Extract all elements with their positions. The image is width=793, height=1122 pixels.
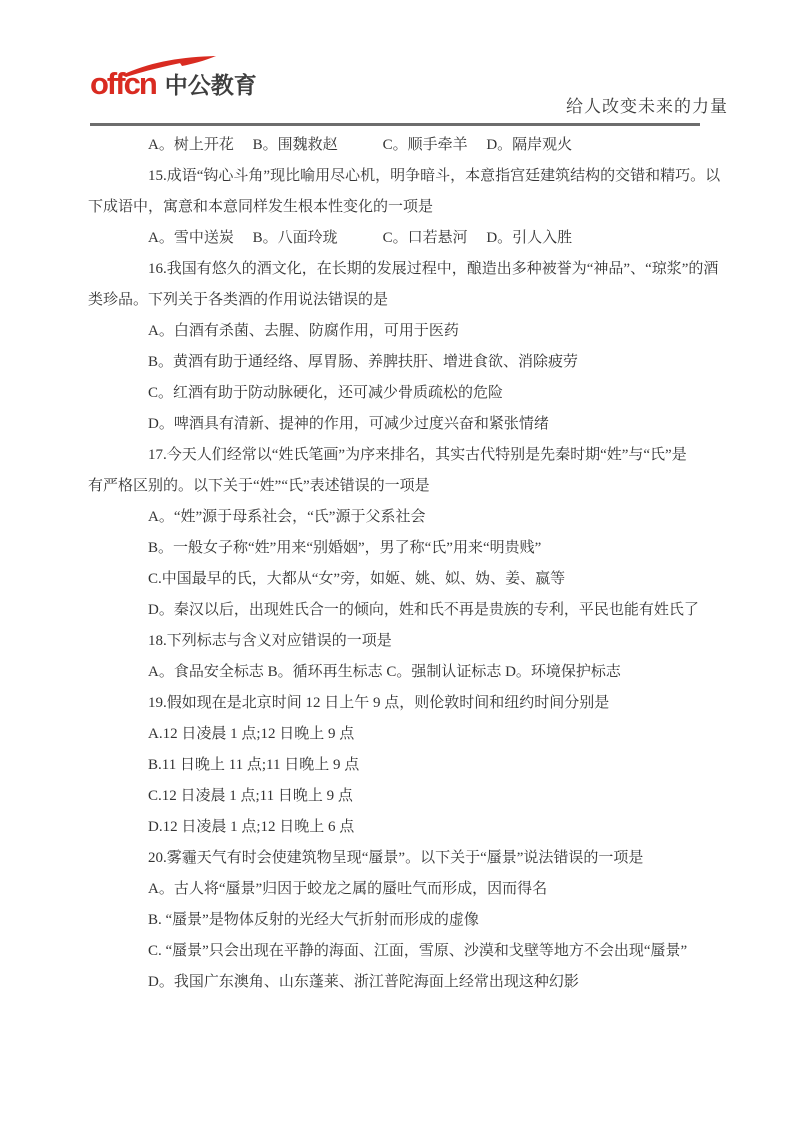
question-17-option-d: D。秦汉以后，出现姓氏合一的倾向，姓和氏不再是贵族的专利，平民也能有姓氏了 [88, 595, 748, 626]
document-body: A。树上开花 B。围魏救赵 C。顺手牵羊 D。隔岸观火15.成语“钩心斗角”现比… [88, 130, 748, 998]
question-14-options-row: A。树上开花 B。围魏救赵 C。顺手牵羊 D。隔岸观火 [88, 130, 748, 161]
question-17-option-a: A。“姓”源于母系社会，“氏”源于父系社会 [88, 502, 748, 533]
header-divider [90, 123, 700, 126]
question-19-option-d: D.12 日凌晨 1 点;12 日晚上 6 点 [88, 812, 748, 843]
question-18-options-row: A。食品安全标志 B。循环再生标志 C。强制认证标志 D。环境保护标志 [88, 657, 748, 688]
question-19-stem: 19.假如现在是北京时间 12 日上午 9 点，则伦敦时间和纽约时间分别是 [88, 688, 748, 719]
offcn-logo: offcn 中公教育 [90, 68, 257, 99]
question-16-option-a: A。白酒有杀菌、去腥、防腐作用，可用于医药 [88, 316, 748, 347]
question-20-option-a: A。古人将“蜃景”归因于蛟龙之属的蜃吐气而形成，因而得名 [88, 874, 748, 905]
question-20-option-c: C. “蜃景”只会出现在平静的海面、江面，雪原、沙漠和戈壁等地方不会出现“蜃景” [88, 936, 748, 967]
question-15-stem: 15.成语“钩心斗角”现比喻用尽心机，明争暗斗，本意指宫廷建筑结构的交错和精巧。… [88, 161, 748, 192]
question-20-option-d: D。我国广东澳角、山东蓬莱、浙江普陀海面上经常出现这种幻影 [88, 967, 748, 998]
question-19-option-c: C.12 日凌晨 1 点;11 日晚上 9 点 [88, 781, 748, 812]
question-17-option-b: B。一般女子称“姓”用来“别婚姻”，男了称“氏”用来“明贵贱” [88, 533, 748, 564]
question-16-option-d: D。啤酒具有清新、提神的作用，可减少过度兴奋和紧张情绪 [88, 409, 748, 440]
document-page: offcn 中公教育 给人改变未来的力量 A。树上开花 B。围魏救赵 C。顺手牵… [0, 0, 793, 1122]
question-20-option-b: B. “蜃景”是物体反射的光经大气折射而形成的虚像 [88, 905, 748, 936]
question-17-option-c: C.中国最早的氏，大都从“女”旁，如姬、姚、姒、妫、姜、嬴等 [88, 564, 748, 595]
question-19-option-a: A.12 日凌晨 1 点;12 日晚上 9 点 [88, 719, 748, 750]
header-tagline: 给人改变未来的力量 [566, 92, 728, 117]
question-15-options-row: A。雪中送炭 B。八面玲珑 C。口若悬河 D。引人入胜 [88, 223, 748, 254]
question-17-stem: 17.今天人们经常以“姓氏笔画”为序来排名，其实古代特别是先秦时期“姓”与“氏”… [88, 440, 748, 471]
question-16-stem: 16.我国有悠久的酒文化，在长期的发展过程中，酿造出多种被誉为“神品”、“琼浆”… [88, 254, 748, 285]
question-15-stem-continued: 下成语中，寓意和本意同样发生根本性变化的一项是 [88, 192, 748, 223]
question-20-stem: 20.雾霾天气有时会使建筑物呈现“蜃景”。以下关于“蜃景”说法错误的一项是 [88, 843, 748, 874]
question-16-option-b: B。黄酒有助于通经络、厚胃肠、养脾扶肝、增进食欲、消除疲劳 [88, 347, 748, 378]
logo-swoosh-icon [122, 55, 218, 77]
logo-cn-text: 中公教育 [165, 74, 257, 99]
question-18-stem: 18.下列标志与含义对应错误的一项是 [88, 626, 748, 657]
question-16-option-c: C。红酒有助于防动脉硬化，还可减少骨质疏松的危险 [88, 378, 748, 409]
question-17-stem-continued: 有严格区别的。以下关于“姓”“氏”表述错误的一项是 [88, 471, 748, 502]
question-19-option-b: B.11 日晚上 11 点;11 日晚上 9 点 [88, 750, 748, 781]
question-16-stem-continued: 类珍品。下列关于各类酒的作用说法错误的是 [88, 285, 748, 316]
